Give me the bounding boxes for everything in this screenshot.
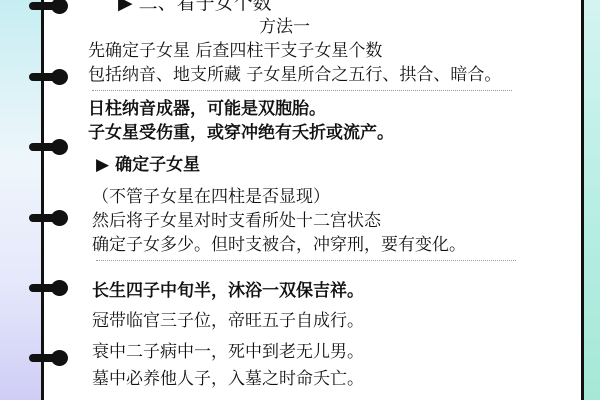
binder-ring-icon bbox=[29, 210, 69, 226]
binder-ring-icon bbox=[29, 139, 69, 155]
notebook-page: ▶二、看子女个数 方法一 先确定子女星 后查四柱干支子女星个数 包括纳音、地支所… bbox=[41, 0, 584, 400]
note-line-1: 日柱纳音成器，可能是双胞胎。 bbox=[88, 98, 326, 120]
binder-ring-icon bbox=[29, 350, 69, 366]
divider bbox=[92, 90, 512, 91]
determine-line-3: 确定子女多少。但时支被合，冲穿刑，要有变化。 bbox=[92, 234, 466, 256]
intro-line-1: 先确定子女星 后查四柱干支子女星个数 bbox=[88, 40, 382, 62]
determine-line-2: 然后将子女星对时支看所处十二宫状态 bbox=[92, 210, 381, 232]
divider bbox=[96, 260, 516, 261]
section-heading: ▶二、看子女个数 bbox=[118, 0, 272, 14]
binder-ring-icon bbox=[29, 280, 69, 296]
triangle-marker-icon: ▶ bbox=[118, 0, 133, 14]
verse-line-3: 衰中二子病中一，死中到老无儿男。 bbox=[92, 341, 364, 363]
method-title: 方法一 bbox=[259, 16, 310, 38]
triangle-marker-icon: ▶ bbox=[96, 154, 109, 176]
subheading: ▶确定子女星 bbox=[96, 154, 200, 176]
verse-line-4: 墓中必养他人子，入墓之时命夭亡。 bbox=[92, 368, 364, 390]
verse-line-1: 长生四子中旬半，沐浴一双保吉祥。 bbox=[92, 280, 364, 302]
right-background-strip bbox=[582, 0, 600, 400]
binder-ring-icon bbox=[29, 69, 69, 85]
intro-line-2: 包括纳音、地支所藏 子女星所合之五行、拱合、暗合。 bbox=[88, 64, 501, 86]
binder-ring-icon bbox=[29, 0, 69, 14]
verse-line-2: 冠带临官三子位，帝旺五子自成行。 bbox=[92, 310, 364, 332]
determine-line-1: （不管子女星在四柱是否显现） bbox=[92, 186, 330, 208]
note-line-2: 子女星受伤重，或穿冲绝有夭折或流产。 bbox=[88, 122, 394, 144]
